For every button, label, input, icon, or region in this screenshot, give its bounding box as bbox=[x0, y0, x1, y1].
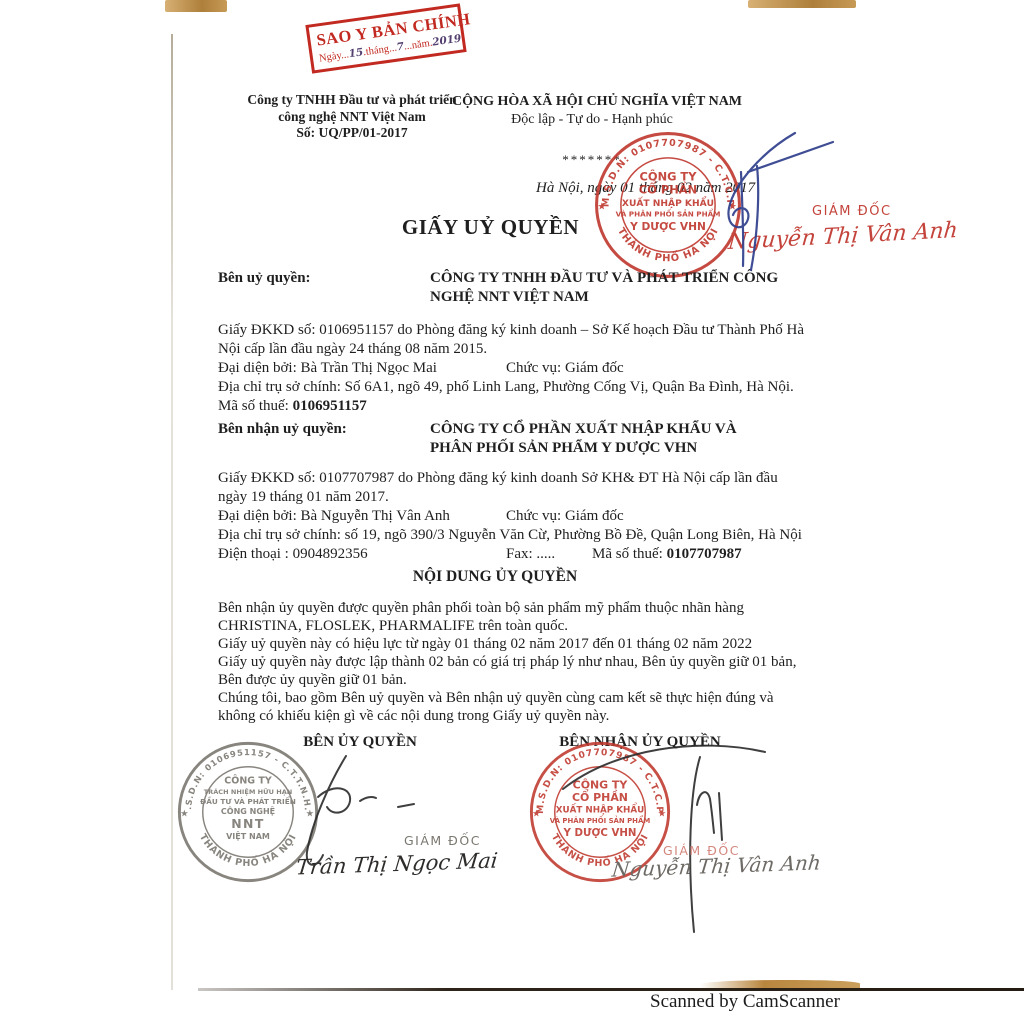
stamp-date-label2: .tháng... bbox=[363, 43, 398, 59]
grantee-representative: Đại diện bởi: Bà Nguyễn Thị Vân Anh bbox=[218, 508, 450, 524]
stamp-center-line: CÔNG TY bbox=[640, 169, 698, 184]
grantor-company-name-line1: CÔNG TY TNHH ĐẦU TƯ VÀ PHÁT TRIỂN CÔNG bbox=[430, 270, 778, 287]
national-motto-line2: Độc lập - Tự do - Hạnh phúc bbox=[452, 112, 732, 128]
stamp-center-line: TRÁCH NHIỆM HỮU HẠN bbox=[204, 787, 293, 796]
grantee-label: Bên nhận uỷ quyền: bbox=[218, 421, 347, 438]
grantee-representative-line: Đại diện bởi: Bà Nguyễn Thị Vân AnhChức … bbox=[218, 508, 818, 525]
stamp-center-line: CỔ PHẦN bbox=[572, 789, 628, 804]
certified-copy-stamp: SAO Y BẢN CHÍNH Ngày...15.tháng...7...nă… bbox=[305, 3, 466, 73]
stamp-center-line: VÀ PHÂN PHỐI SẢN PHẨM bbox=[616, 208, 721, 218]
grantor-position: Chức vụ: Giám đốc bbox=[506, 360, 624, 377]
content-line: Bên được ủy quyền giữ 01 bản. bbox=[218, 672, 818, 689]
grantee-phone: Điện thoại : 0904892356 bbox=[218, 546, 368, 562]
sender-letterhead: Công ty TNHH Đầu tư và phát triển công n… bbox=[212, 92, 492, 142]
grantor-registration-line2: Nội cấp lần đầu ngày 24 tháng 08 năm 201… bbox=[218, 341, 818, 358]
paper-crease-line bbox=[171, 34, 173, 990]
stamp-center-line: Y DƯỢC VHN bbox=[563, 828, 637, 839]
grantor-representative-line: Đại diện bởi: Bà Trần Thị Ngọc MaiChức v… bbox=[218, 360, 818, 377]
content-heading: NỘI DUNG ỦY QUYỀN bbox=[400, 568, 590, 586]
grantee-company-name-line2: PHÂN PHỐI SẢN PHẨM Y DƯỢC VHN bbox=[430, 440, 697, 457]
content-line: Giấy uỷ quyền này có hiệu lực từ ngày 01… bbox=[218, 636, 818, 653]
grantor-tax-code: 0106951157 bbox=[293, 398, 367, 414]
grantor-tax-line: Mã số thuế: 0106951157 bbox=[218, 398, 818, 415]
content-line: Chúng tôi, bao gồm Bên uỷ quyền và Bên n… bbox=[218, 690, 818, 707]
stamp-star-left: ★ bbox=[532, 808, 541, 819]
grantor-tax-label: Mã số thuế: bbox=[218, 398, 293, 414]
national-motto-line1: CỘNG HÒA XÃ HỘI CHỦ NGHĨA VIỆT NAM bbox=[452, 94, 732, 110]
grantee-company-name-line1: CÔNG TY CỔ PHẦN XUẤT NHẬP KHẨU VÀ bbox=[430, 421, 737, 438]
stamp-center-line: VÀ PHÂN PHỐI SẢN PHẨM bbox=[550, 815, 651, 825]
stamp-star-right: ★ bbox=[728, 202, 737, 213]
stamp-center-line: XUẤT NHẬP KHẨU bbox=[622, 196, 714, 209]
sender-company-line1: Công ty TNHH Đầu tư và phát triển bbox=[212, 92, 492, 109]
grantor-company-name-line2: NGHỆ NNT VIỆT NAM bbox=[430, 289, 589, 306]
grantee-tax-line: Mã số thuế: 0107707987 bbox=[592, 546, 742, 563]
scanned-document-page: SAO Y BẢN CHÍNH Ngày...15.tháng...7...nă… bbox=[0, 0, 1024, 1024]
stamp-center-line: NNT bbox=[231, 816, 265, 831]
grantee-fax: Fax: ..... bbox=[506, 546, 555, 563]
grantor-address: Địa chỉ trụ sở chính: Số 6A1, ngõ 49, ph… bbox=[218, 379, 818, 396]
stamp-date-year: 2019 bbox=[431, 33, 462, 49]
stamp-center-line: Y DƯỢC VHN bbox=[629, 220, 706, 233]
stamp-star-right: ★ bbox=[658, 808, 667, 819]
stamp-date-day: 15 bbox=[348, 46, 364, 60]
grantor-director-title: GIÁM ĐỐC bbox=[404, 833, 481, 848]
grantee-registration-line1: Giấy ĐKKD số: 0107707987 do Phòng đăng k… bbox=[218, 470, 818, 487]
grantor-label: Bên uỷ quyền: bbox=[218, 270, 311, 287]
stamp-center-line: CÔNG TY bbox=[573, 779, 629, 792]
content-line: Giấy uỷ quyền này được lập thành 02 bản … bbox=[218, 654, 818, 671]
scan-edge-mark-top-left bbox=[165, 0, 227, 12]
grantor-signature-strokes bbox=[307, 756, 414, 865]
document-number: Số: UQ/PP/01-2017 bbox=[212, 125, 492, 142]
camscanner-watermark: Scanned by CamScanner bbox=[650, 991, 840, 1013]
stamp-star-right: ★ bbox=[306, 808, 315, 819]
stamp-center-line: CÔNG NGHỆ bbox=[221, 805, 275, 816]
stamp-star-left: ★ bbox=[597, 202, 606, 213]
stamp-center-line: ĐẦU TƯ VÀ PHÁT TRIỂN bbox=[200, 796, 296, 806]
grantee-contact-line: Điện thoại : 0904892356Fax: .....Mã số t… bbox=[218, 546, 818, 563]
document-title: GIẤY UỶ QUYỀN bbox=[398, 215, 583, 240]
vhn-company-stamp-top: M.S.D.N: 0107707987 - C.T.C.P THÀNH PHỐ … bbox=[592, 129, 744, 281]
stamp-center-line: CỔ PHẦN bbox=[639, 180, 697, 197]
grantor-representative: Đại diện bởi: Bà Trần Thị Ngọc Mai bbox=[218, 360, 437, 376]
grantee-tax-label: Mã số thuế: bbox=[592, 546, 667, 562]
grantee-tax-code: 0107707987 bbox=[667, 546, 742, 562]
sender-company-line2: công nghệ NNT Việt Nam bbox=[212, 109, 492, 126]
paper-bottom-edge bbox=[198, 988, 1024, 991]
grantee-registration-line2: ngày 19 tháng 01 năm 2017. bbox=[218, 489, 818, 506]
content-line: Bên nhận ủy quyền được quyền phân phối t… bbox=[218, 600, 818, 617]
scan-edge-mark-top-right bbox=[748, 0, 856, 8]
grantee-address: Địa chỉ trụ sở chính: số 19, ngõ 390/3 N… bbox=[218, 527, 818, 544]
stamp-center-line: CÔNG TY bbox=[224, 775, 272, 787]
top-director-title: GIÁM ĐỐC bbox=[812, 204, 892, 219]
stamp-date-label: Ngày... bbox=[318, 49, 349, 64]
content-line: CHRISTINA, FLOSLEK, PHARMALIFE trên toàn… bbox=[218, 618, 818, 635]
grantor-signature-name: Trần Thị Ngọc Mai bbox=[295, 848, 499, 879]
stamp-date-label3: ...năm. bbox=[403, 38, 433, 53]
grantee-position: Chức vụ: Giám đốc bbox=[506, 508, 624, 525]
grantor-registration-line1: Giấy ĐKKD số: 0106951157 do Phòng đăng k… bbox=[218, 322, 818, 339]
content-line: không có khiếu kiện gì về các nội dung t… bbox=[218, 708, 818, 725]
top-director-signature-name: Nguyễn Thị Vân Anh bbox=[727, 218, 959, 255]
stamp-center-line: XUẤT NHẬP KHẨU bbox=[556, 803, 645, 816]
stamp-star-left: ★ bbox=[180, 808, 189, 819]
stamp-center-line: VIỆT NAM bbox=[226, 831, 270, 841]
